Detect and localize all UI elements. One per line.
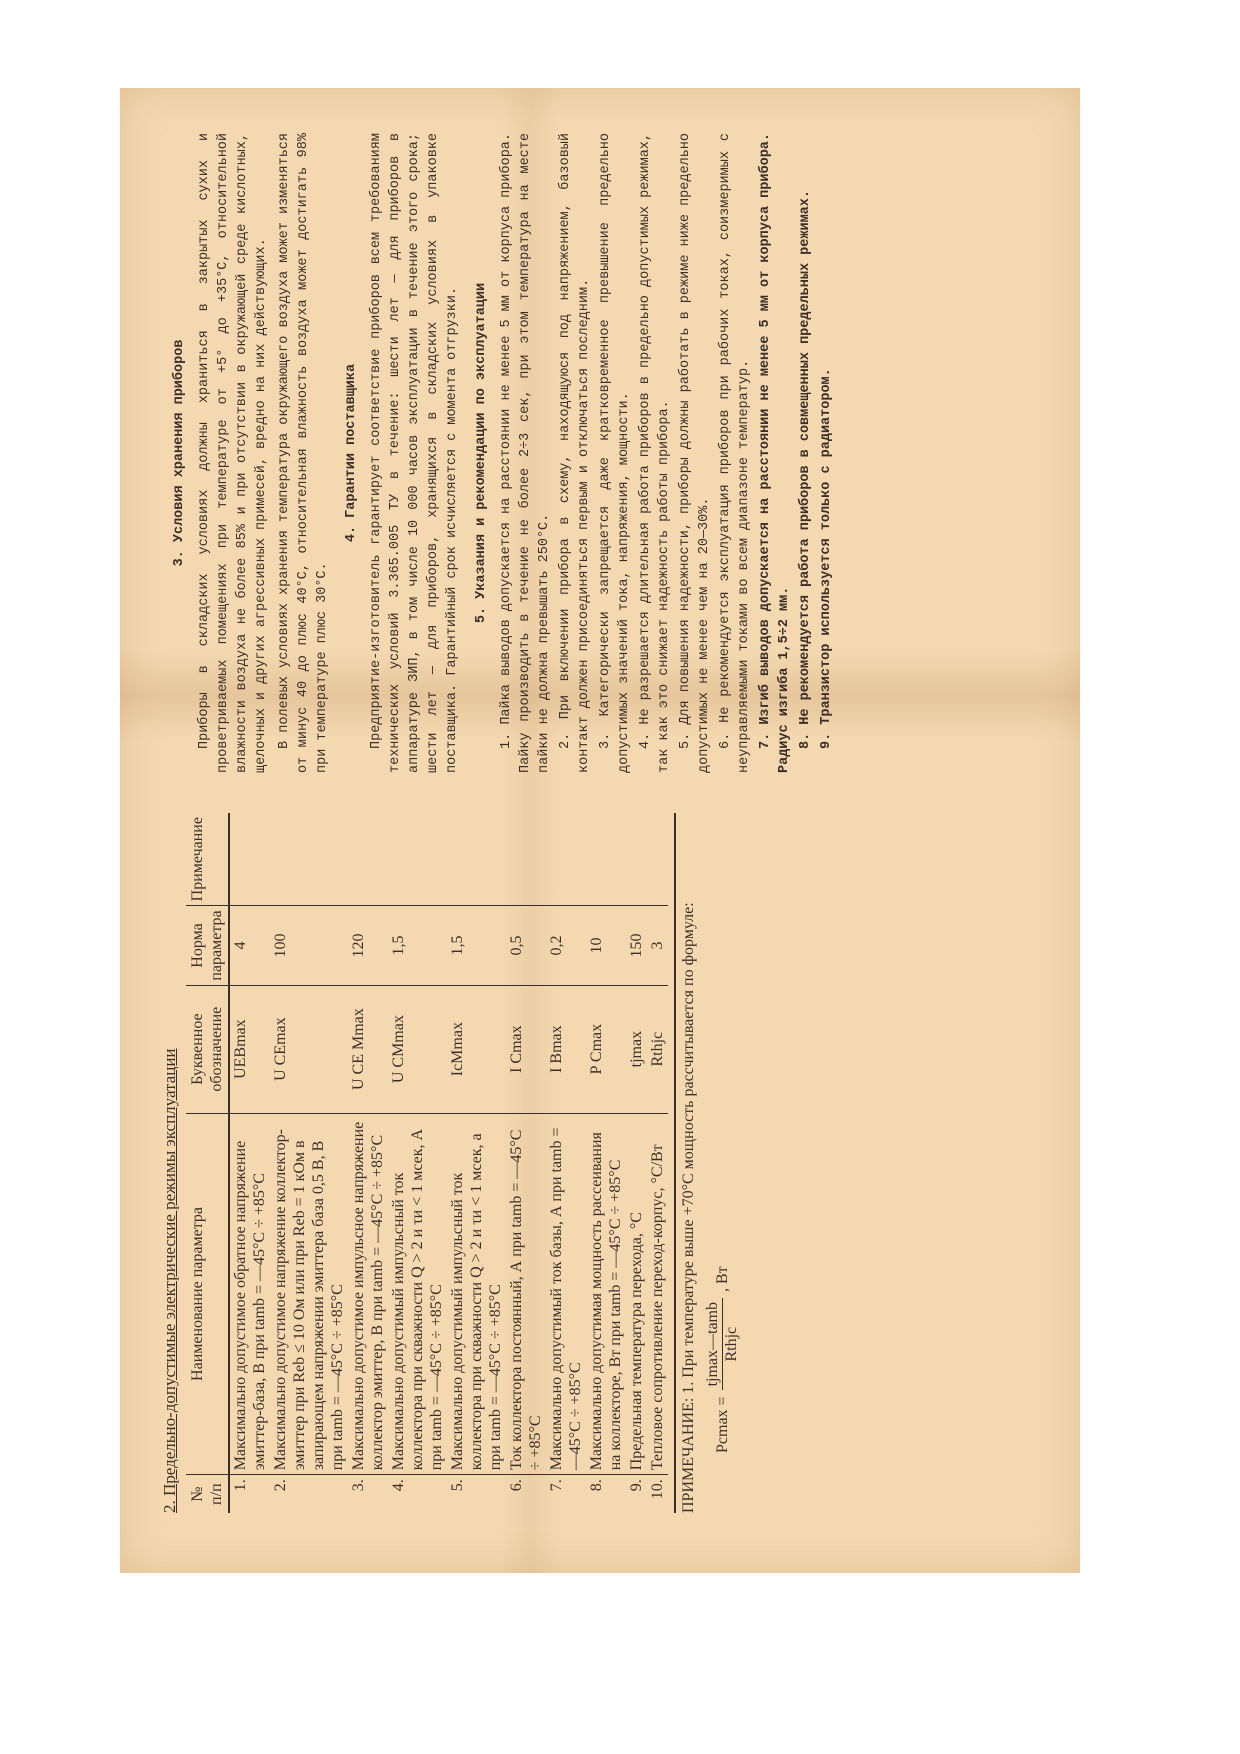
cell-symbol: UEBmax — [229, 985, 270, 1113]
cell-name: Ток коллектора постоянный, А при tamb = … — [506, 1113, 546, 1475]
formula-unit: , Вт — [714, 1266, 732, 1292]
cell-num: 8. — [586, 1475, 626, 1513]
cell-value: 4 — [229, 906, 270, 985]
cell-value: 120 — [348, 906, 388, 985]
recommendation-item: 6. Не рекомендуется эксплуатация приборо… — [716, 133, 754, 773]
recommendation-item: 2. При включении прибора в схему, находя… — [556, 133, 594, 773]
recommendation-item: 9. Транзистор используется только с ради… — [817, 133, 836, 773]
table-row: 1.Максимально допустимое обратное напряж… — [229, 813, 270, 1513]
formula-denominator: Rthjc — [723, 1327, 741, 1362]
recommendation-item: 1. Пайка выводов допускается на расстоян… — [497, 133, 554, 773]
cell-num: 10. — [647, 1475, 668, 1513]
note-text: 1. При температуре выше +70°С мощность р… — [680, 902, 697, 1393]
section4-title: 4. Гарантии поставщика — [342, 133, 361, 773]
cell-num: 9. — [626, 1475, 647, 1513]
cell-symbol: U CEmax — [270, 985, 348, 1113]
cell-remark — [348, 813, 388, 906]
right-column: 3. Условия хранения приборов Приборы в с… — [160, 133, 838, 773]
cell-remark — [506, 813, 546, 906]
cell-symbol: tjmax — [626, 985, 647, 1113]
parameters-table: № п/п Наименование параметра Буквенное о… — [186, 813, 668, 1513]
formula-fraction: tjmax—tamb Rthjc — [704, 1298, 741, 1390]
header-remark: Примечание — [186, 813, 229, 906]
cell-num: 4. — [388, 1475, 447, 1513]
table-row: 2.Максимально допустимое напряжение колл… — [270, 813, 348, 1513]
cell-remark — [229, 813, 270, 906]
note: ПРИМЕЧАНИЕ: 1. При температуре выше +70°… — [674, 813, 698, 1513]
cell-name: Максимально допустимый ток базы, А при t… — [546, 1113, 586, 1475]
cell-name: Максимально допустимое обратное напряжен… — [229, 1113, 270, 1475]
section5-items: 1. Пайка выводов допускается на расстоян… — [497, 133, 836, 773]
table-row: 4.Максимально допустимый импульсный ток … — [388, 813, 447, 1513]
cell-value: 0,5 — [506, 906, 546, 985]
cell-name: Максимально допустимая мощность рассеива… — [586, 1113, 626, 1475]
cell-symbol: U CMmax — [388, 985, 447, 1113]
cell-remark — [647, 813, 668, 906]
header-num: № п/п — [186, 1475, 229, 1513]
section3-paragraph-1: Приборы в складских условиях должны хран… — [195, 133, 271, 773]
cell-value: 150 — [626, 906, 647, 985]
power-formula: Pcmax = tjmax—tamb Rthjc , Вт — [704, 813, 741, 1453]
cell-value: 100 — [270, 906, 348, 985]
section4-paragraph-1: Предприятие-изготовитель гарантирует соо… — [367, 133, 462, 773]
formula-lhs: Pcmax = — [714, 1396, 732, 1453]
cell-symbol: P Cmax — [586, 985, 626, 1113]
cell-num: 7. — [546, 1475, 586, 1513]
table-row: 7.Максимально допустимый ток базы, А при… — [546, 813, 586, 1513]
table-row: 5.Максимально допустимый импульсный ток … — [447, 813, 506, 1513]
section-electrical-limits: 2. Предельно-допустимые электрические ре… — [160, 813, 741, 1513]
table-row: 9.Предельная температура перехода, °Сtjm… — [626, 813, 647, 1513]
recommendation-item: 7. Изгиб выводов допускается на расстоян… — [756, 133, 794, 773]
formula-numerator: tjmax—tamb — [704, 1298, 723, 1390]
cell-name: Максимально допустимый импульсный ток ко… — [447, 1113, 506, 1475]
cell-symbol: I Bmax — [546, 985, 586, 1113]
cell-remark — [546, 813, 586, 906]
cell-name: Максимально допустимое импульсное напряж… — [348, 1113, 388, 1475]
cell-value: 1,5 — [388, 906, 447, 985]
cell-remark — [270, 813, 348, 906]
note-label: ПРИМЕЧАНИЕ: — [680, 1398, 697, 1513]
cell-num: 6. — [506, 1475, 546, 1513]
cell-num: 2. — [270, 1475, 348, 1513]
section3-paragraph-2: В полевых условиях хранения температура … — [275, 133, 332, 773]
recommendation-item: 4. Не разрешается длительная работа приб… — [636, 133, 674, 773]
rotated-document-content: 2. Предельно-допустимые электрические ре… — [120, 88, 1080, 1573]
recommendation-item: 8. Не рекомендуется работа приборов в со… — [796, 133, 815, 773]
cell-symbol: Rthjc — [647, 985, 668, 1113]
table-row: 8.Максимально допустимая мощность рассеи… — [586, 813, 626, 1513]
header-value: Норма параметра — [186, 906, 229, 985]
section2-title: 2. Предельно-допустимые электрические ре… — [160, 813, 180, 1513]
cell-symbol: I Cmax — [506, 985, 546, 1113]
cell-num: 5. — [447, 1475, 506, 1513]
recommendation-item: 3. Категорически запрещается даже кратко… — [596, 133, 634, 773]
cell-value: 3 — [647, 906, 668, 985]
cell-remark — [388, 813, 447, 906]
header-symbol: Буквенное обозначение — [186, 985, 229, 1113]
cell-name: Тепловое сопротивление переход-корпус, °… — [647, 1113, 668, 1475]
cell-value: 10 — [586, 906, 626, 985]
recommendation-item: 5. Для повышения надежности, приборы дол… — [676, 133, 714, 773]
cell-remark — [447, 813, 506, 906]
cell-name: Предельная температура перехода, °С — [626, 1113, 647, 1475]
table-row: 3.Максимально допустимое импульсное напр… — [348, 813, 388, 1513]
cell-name: Максимально допустимое напряжение коллек… — [270, 1113, 348, 1475]
cell-num: 3. — [348, 1475, 388, 1513]
cell-num: 1. — [229, 1475, 270, 1513]
cell-remark — [626, 813, 647, 906]
table-row: 10.Тепловое сопротивление переход-корпус… — [647, 813, 668, 1513]
section5-title: 5. Указания и рекомендации по эксплуатац… — [472, 133, 491, 773]
table-row: 6.Ток коллектора постоянный, А при tamb … — [506, 813, 546, 1513]
cell-remark — [586, 813, 626, 906]
cell-symbol: IсMmax — [447, 985, 506, 1113]
table-header-row: № п/п Наименование параметра Буквенное о… — [186, 813, 229, 1513]
section3-title: 3. Условия хранения приборов — [170, 133, 189, 773]
cell-symbol: U CE Mmax — [348, 985, 388, 1113]
cell-name: Максимально допустимый импульсный ток ко… — [388, 1113, 447, 1475]
cell-value: 1,5 — [447, 906, 506, 985]
header-name: Наименование параметра — [186, 1113, 229, 1475]
cell-value: 0,2 — [546, 906, 586, 985]
